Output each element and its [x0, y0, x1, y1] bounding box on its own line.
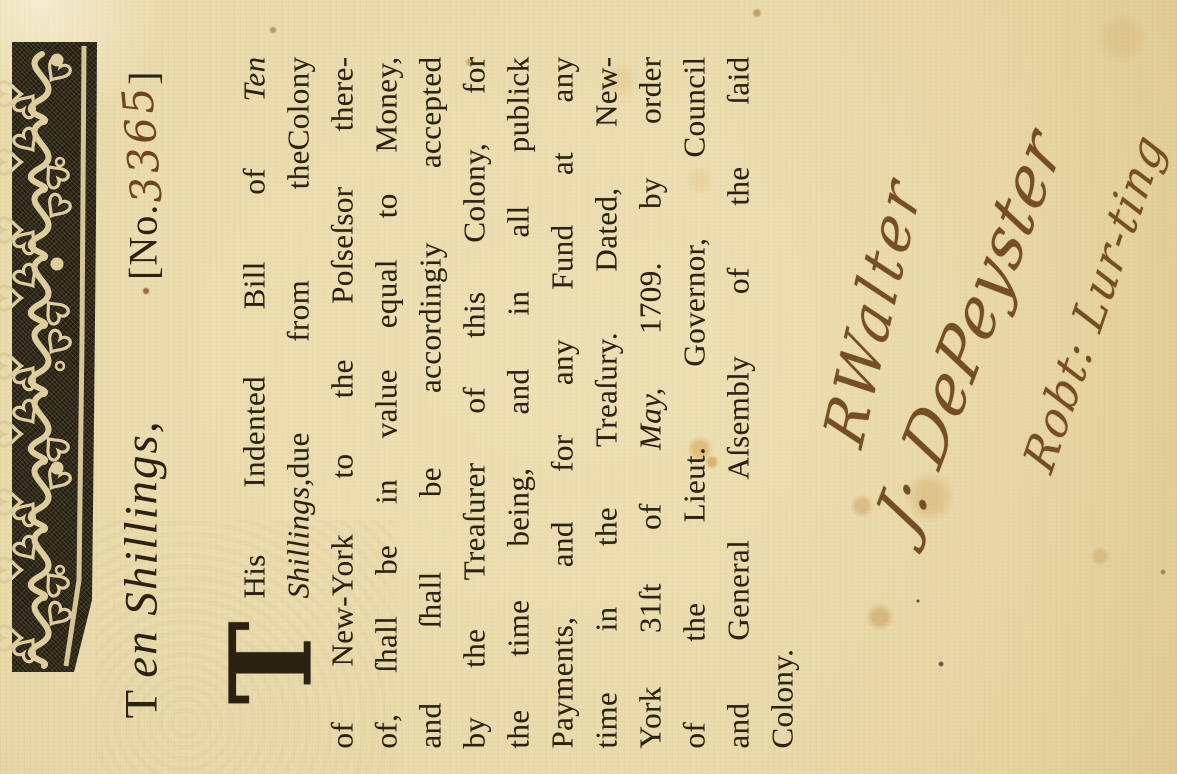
text-segment: the time being, and in all publick	[500, 57, 535, 749]
paragraph-line: by the Treaſurer of this Colony, for	[452, 57, 496, 749]
dropcap-initial: T	[224, 621, 320, 704]
text-segment: of the Lieut. Governor, Council	[676, 57, 711, 749]
paragraph-line: time in the Treaſury. Dated, New-	[584, 57, 628, 749]
denomination-label: Ten Shillings,	[114, 419, 168, 718]
paragraph-line: of, ſhall be in value equal to Money,	[364, 57, 408, 749]
text-segment: time in the Treaſury. Dated, New-	[588, 57, 623, 749]
decorative-woodcut-border	[0, 40, 100, 674]
denomination-rest: en Shillings,	[115, 419, 167, 677]
note-header: Ten Shillings, [No.3365]	[114, 13, 168, 763]
denomination-initial: T	[115, 688, 167, 719]
paragraph-line: the time being, and in all publick	[496, 57, 540, 749]
paragraph-line: of the Lieut. Governor, Council	[672, 57, 716, 749]
rotated-note-content: Ten Shillings, [No.3365] T His Indented …	[90, 13, 1175, 763]
text-segment: His Indented Bill of	[236, 101, 271, 598]
note-paragraph: T His Indented Bill of TenShillings,due …	[232, 57, 804, 749]
text-segment: due from theColony	[280, 57, 315, 479]
paragraph-line: York 31ſt of May, 1709. by order	[628, 57, 672, 749]
text-segment: Payments, and for any Fund at any	[544, 57, 579, 749]
text-segment: and ſhall be accordingiy accepted	[412, 57, 447, 749]
serial-handwritten-number: 3365	[112, 83, 171, 206]
paragraph-line: Payments, and for any Fund at any	[540, 57, 584, 749]
italic-text-segment: Ten	[236, 57, 271, 102]
woodcut-border-art	[0, 40, 100, 674]
paragraph-line: and ſhall be accordingiy accepted	[408, 57, 452, 749]
note-body-area: Ten Shillings, [No.3365] T His Indented …	[88, 0, 1177, 774]
paragraph-line: Colony.	[760, 57, 804, 749]
text-segment: of, ſhall be in value equal to Money,	[368, 57, 403, 749]
colonial-currency-note-scan: { "note": { "header": { "denomination_in…	[0, 0, 1177, 774]
text-segment: 1709. by order	[632, 57, 667, 388]
serial-number: [No.3365]	[117, 71, 166, 280]
text-segment: and General Aſsembly of the ſaid	[720, 57, 755, 749]
italic-text-segment: Shillings,	[280, 478, 315, 598]
text-segment: Colony.	[764, 649, 799, 749]
text-segment: by the Treaſurer of this Colony, for	[456, 57, 491, 749]
italic-text-segment: May,	[632, 387, 667, 450]
serial-open-bracket: [No.	[120, 204, 165, 280]
text-segment: York 31ſt of	[632, 450, 667, 748]
paragraph-line: and General Aſsembly of the ſaid	[716, 57, 760, 749]
